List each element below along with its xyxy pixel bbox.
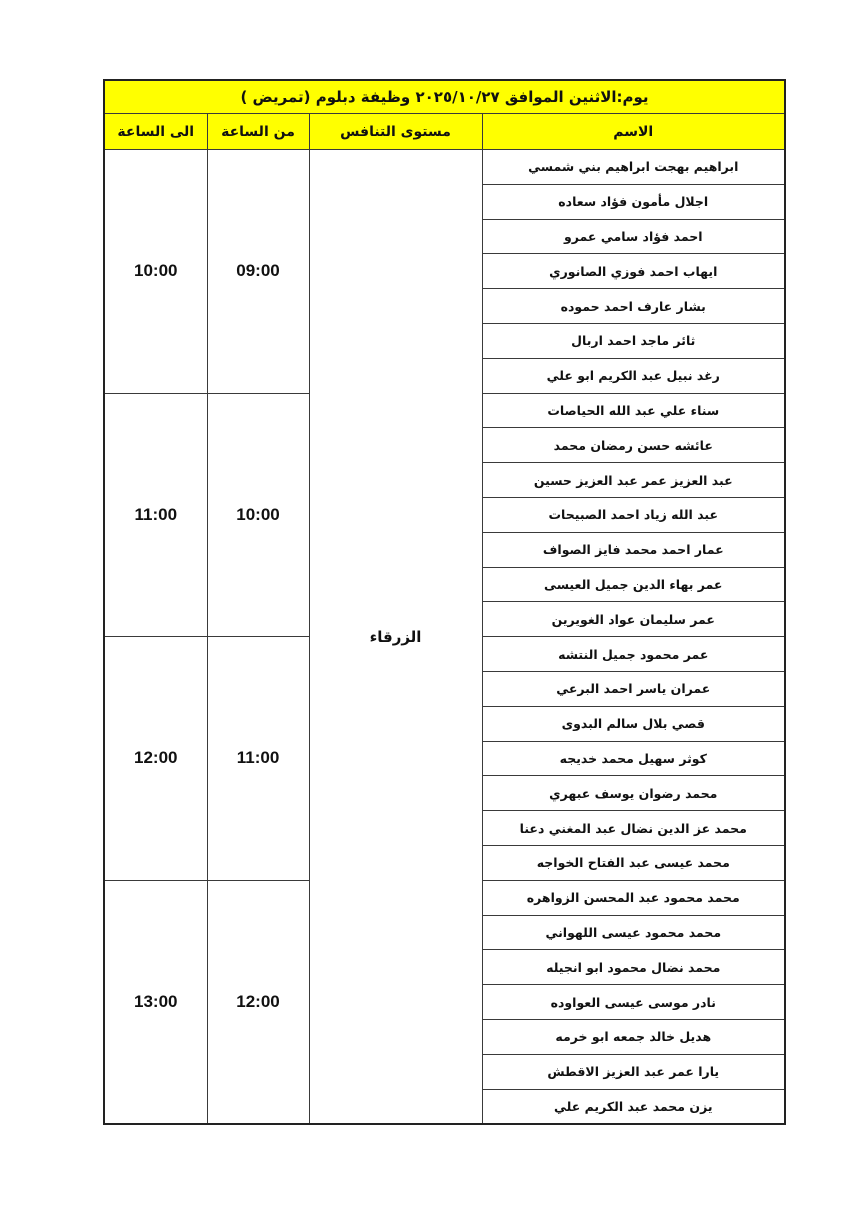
candidate-name: ابراهيم بهجت ابراهيم بني شمسي [482, 150, 785, 185]
candidate-name: عمار احمد محمد فايز الصواف [482, 532, 785, 567]
schedule-page: يوم:الاثنين الموافق ٢٠٢٥/١٠/٢٧ وظيفة دبل… [103, 79, 784, 1125]
candidate-name: عبد العزيز عمر عبد العزيز حسين [482, 463, 785, 498]
candidate-name: قصي بلال سالم البدوى [482, 706, 785, 741]
candidate-name: ايهاب احمد فوزي الصانوري [482, 254, 785, 289]
candidate-name: عائشه حسن رمضان محمد [482, 428, 785, 463]
header-level: مستوى التنافس [309, 114, 482, 150]
candidate-name: ثائر ماجد احمد اربال [482, 323, 785, 358]
header-name: الاسم [482, 114, 785, 150]
title-row: يوم:الاثنين الموافق ٢٠٢٥/١٠/٢٧ وظيفة دبل… [104, 80, 785, 114]
candidate-name: يارا عمر عبد العزيز الاقطش [482, 1054, 785, 1089]
header-row: الاسم مستوى التنافس من الساعة الى الساعة [104, 114, 785, 150]
time-to: 12:00 [104, 637, 207, 881]
candidate-name: محمد عز الدين نضال عبد المغني دعنا [482, 811, 785, 846]
page-title: يوم:الاثنين الموافق ٢٠٢٥/١٠/٢٧ وظيفة دبل… [104, 80, 785, 114]
candidate-name: عمر بهاء الدين جميل العيسى [482, 567, 785, 602]
time-from: 11:00 [207, 637, 309, 881]
candidate-name: عبد الله زياد احمد الصبيحات [482, 497, 785, 532]
time-from: 09:00 [207, 150, 309, 394]
header-to: الى الساعة [104, 114, 207, 150]
table-row: ابراهيم بهجت ابراهيم بني شمسيالزرقاء09:0… [104, 150, 785, 185]
candidate-name: محمد محمود عبد المحسن الزواهره [482, 880, 785, 915]
candidate-name: رغد نبيل عبد الكريم ابو علي [482, 358, 785, 393]
candidate-name: محمد محمود عيسى اللهواني [482, 915, 785, 950]
time-to: 13:00 [104, 880, 207, 1124]
candidate-name: كوثر سهيل محمد خديجه [482, 741, 785, 776]
competition-level: الزرقاء [309, 150, 482, 1125]
candidate-name: اجلال مأمون فؤاد سعاده [482, 184, 785, 219]
candidate-name: عمر سليمان عواد الغويرين [482, 602, 785, 637]
candidate-name: عمران ياسر احمد البرعي [482, 671, 785, 706]
candidate-name: عمر محمود جميل النتشه [482, 637, 785, 672]
schedule-table: يوم:الاثنين الموافق ٢٠٢٥/١٠/٢٧ وظيفة دبل… [103, 79, 786, 1125]
header-from: من الساعة [207, 114, 309, 150]
time-to: 10:00 [104, 150, 207, 394]
time-to: 11:00 [104, 393, 207, 637]
time-from: 12:00 [207, 880, 309, 1124]
candidate-name: سناء علي عبد الله الحياصات [482, 393, 785, 428]
candidate-name: بشار عارف احمد حموده [482, 289, 785, 324]
candidate-name: محمد رضوان يوسف عبهري [482, 776, 785, 811]
time-from: 10:00 [207, 393, 309, 637]
candidate-name: نادر موسى عيسى العواوده [482, 985, 785, 1020]
candidate-name: يزن محمد عبد الكريم علي [482, 1089, 785, 1124]
candidate-name: محمد نضال محمود ابو انجيله [482, 950, 785, 985]
candidate-name: محمد عيسى عبد الفتاح الخواجه [482, 845, 785, 880]
candidate-name: احمد فؤاد سامي عمرو [482, 219, 785, 254]
candidate-name: هديل خالد جمعه ابو خرمه [482, 1019, 785, 1054]
